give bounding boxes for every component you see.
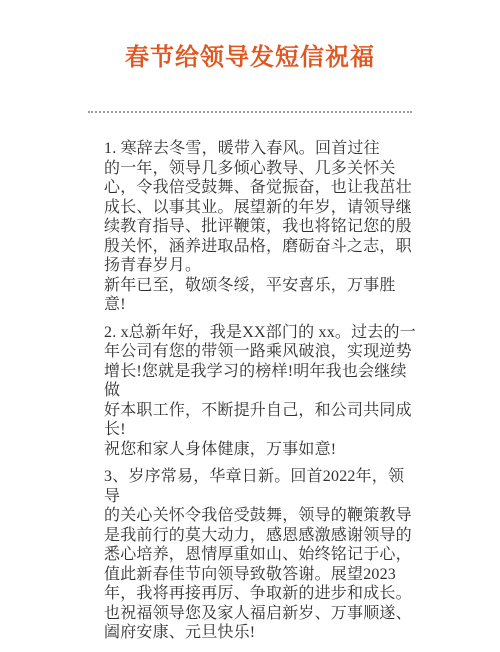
paragraph-1: 1. 寒辞去冬雪，暖带入春风。回首过往 的一年，领导几多倾心教导、几多关怀关 心… <box>104 139 416 315</box>
article-page: 春节给领导发短信祝福 1. 寒辞去冬雪，暖带入春风。回首过往 的一年，领导几多倾… <box>0 0 500 652</box>
page-title: 春节给领导发短信祝福 <box>0 0 500 73</box>
article-body: 1. 寒辞去冬雪，暖带入春风。回首过往 的一年，领导几多倾心教导、几多关怀关 心… <box>104 139 416 643</box>
paragraph-3: 3、岁序常易，华章日新。回首2022年，领导 的关心关怀令我倍受鼓舞，领导的鞭策… <box>104 467 416 643</box>
paragraph-2: 2. x总新年好，我是XX部门的 xx。过去的一 年公司有您的带领一路乘风破浪，… <box>104 323 416 460</box>
dotted-divider <box>88 111 412 113</box>
